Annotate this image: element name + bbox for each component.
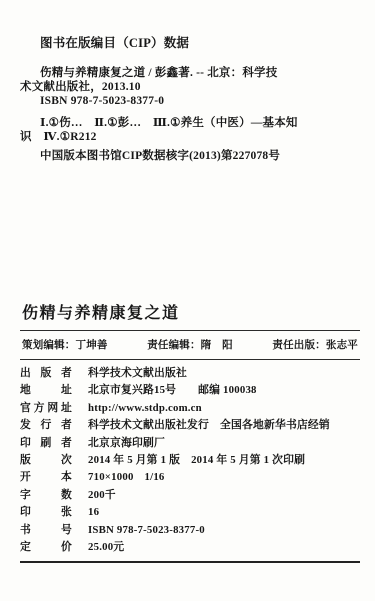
detail-label: 印刷者: [20, 438, 72, 449]
cip-classification-line-2: 识 Ⅳ.①R212: [20, 130, 360, 144]
detail-label: 出版者: [20, 368, 72, 379]
detail-row-format: 开本 710×1000 1/16: [20, 469, 360, 486]
colophon-section: 伤精与养精康复之道 策划编辑：丁坤善 责任编辑：隋 阳 责任出版：张志平 出版者…: [20, 300, 360, 563]
credit-managing-editor: 责任编辑：隋 阳: [147, 337, 233, 352]
detail-label: 字数: [20, 490, 72, 501]
detail-label: 印张: [20, 507, 72, 518]
credit-publishing-supervisor: 责任出版：张志平: [272, 337, 358, 352]
detail-value: 2014 年 5 月第 1 版 2014 年 5 月第 1 次印刷: [88, 455, 305, 466]
divider-under-credits: [20, 359, 360, 360]
detail-label: 版次: [20, 455, 72, 466]
detail-value: 710×1000 1/16: [88, 472, 165, 483]
cip-classification-line-1: Ⅰ.①伤… Ⅱ.①彭… Ⅲ.①养生（中医）—基本知: [20, 116, 360, 130]
cip-entry-line-1: 伤精与养精康复之道 / 彭鑫著. -- 北京：科学技: [20, 66, 360, 80]
cip-record-number: 中国版本图书馆CIP数据核字(2013)第227078号: [20, 149, 360, 163]
book-title: 伤精与养精康复之道: [22, 300, 360, 323]
detail-label: 官方网址: [20, 403, 72, 414]
detail-label: 开本: [20, 472, 72, 483]
detail-value: ISBN 978-7-5023-8377-0: [88, 525, 205, 536]
detail-value: http://www.stdp.com.cn: [88, 403, 202, 414]
detail-value: 25.00元: [88, 542, 124, 553]
detail-row-isbn: 书号 ISBN 978-7-5023-8377-0: [20, 522, 360, 539]
detail-row-word-count: 字数 200千: [20, 487, 360, 504]
detail-value: 16: [88, 507, 99, 518]
detail-row-sheets: 印张 16: [20, 504, 360, 521]
cip-section: 图书在版编目（CIP）数据 伤精与养精康复之道 / 彭鑫著. -- 北京：科学技…: [20, 36, 360, 163]
detail-label: 定价: [20, 542, 72, 553]
detail-row-price: 定价 25.00元: [20, 539, 360, 556]
detail-row-website: 官方网址 http://www.stdp.com.cn: [20, 400, 360, 417]
detail-label: 地址: [20, 385, 72, 396]
detail-value: 科学技术文献出版社: [88, 368, 187, 379]
detail-value: 200千: [88, 490, 116, 501]
bottom-rule: [20, 561, 360, 563]
detail-row-edition: 版次 2014 年 5 月第 1 版 2014 年 5 月第 1 次印刷: [20, 452, 360, 469]
cip-heading: 图书在版编目（CIP）数据: [40, 36, 360, 50]
cip-entry-line-2: 术文献出版社，2013.10: [20, 80, 360, 94]
publication-details-list: 出版者 科学技术文献出版社 地址 北京市复兴路15号 邮编 100038 官方网…: [20, 365, 360, 556]
detail-value: 科学技术文献出版社发行 全国各地新华书店经销: [88, 420, 330, 431]
credits-row: 策划编辑：丁坤善 责任编辑：隋 阳 责任出版：张志平: [20, 331, 360, 359]
detail-value: 北京京海印刷厂: [88, 438, 165, 449]
detail-row-publisher: 出版者 科学技术文献出版社: [20, 365, 360, 382]
detail-label: 书号: [20, 525, 72, 536]
detail-row-printer: 印刷者 北京京海印刷厂: [20, 435, 360, 452]
detail-row-address: 地址 北京市复兴路15号 邮编 100038: [20, 382, 360, 399]
detail-value: 北京市复兴路15号 邮编 100038: [88, 385, 257, 396]
detail-label: 发行者: [20, 420, 72, 431]
book-copyright-page: 图书在版编目（CIP）数据 伤精与养精康复之道 / 彭鑫著. -- 北京：科学技…: [0, 0, 375, 601]
cip-isbn: ISBN 978-7-5023-8377-0: [20, 94, 360, 108]
credit-planning-editor: 策划编辑：丁坤善: [22, 337, 108, 352]
detail-row-distributor: 发行者 科学技术文献出版社发行 全国各地新华书店经销: [20, 417, 360, 434]
